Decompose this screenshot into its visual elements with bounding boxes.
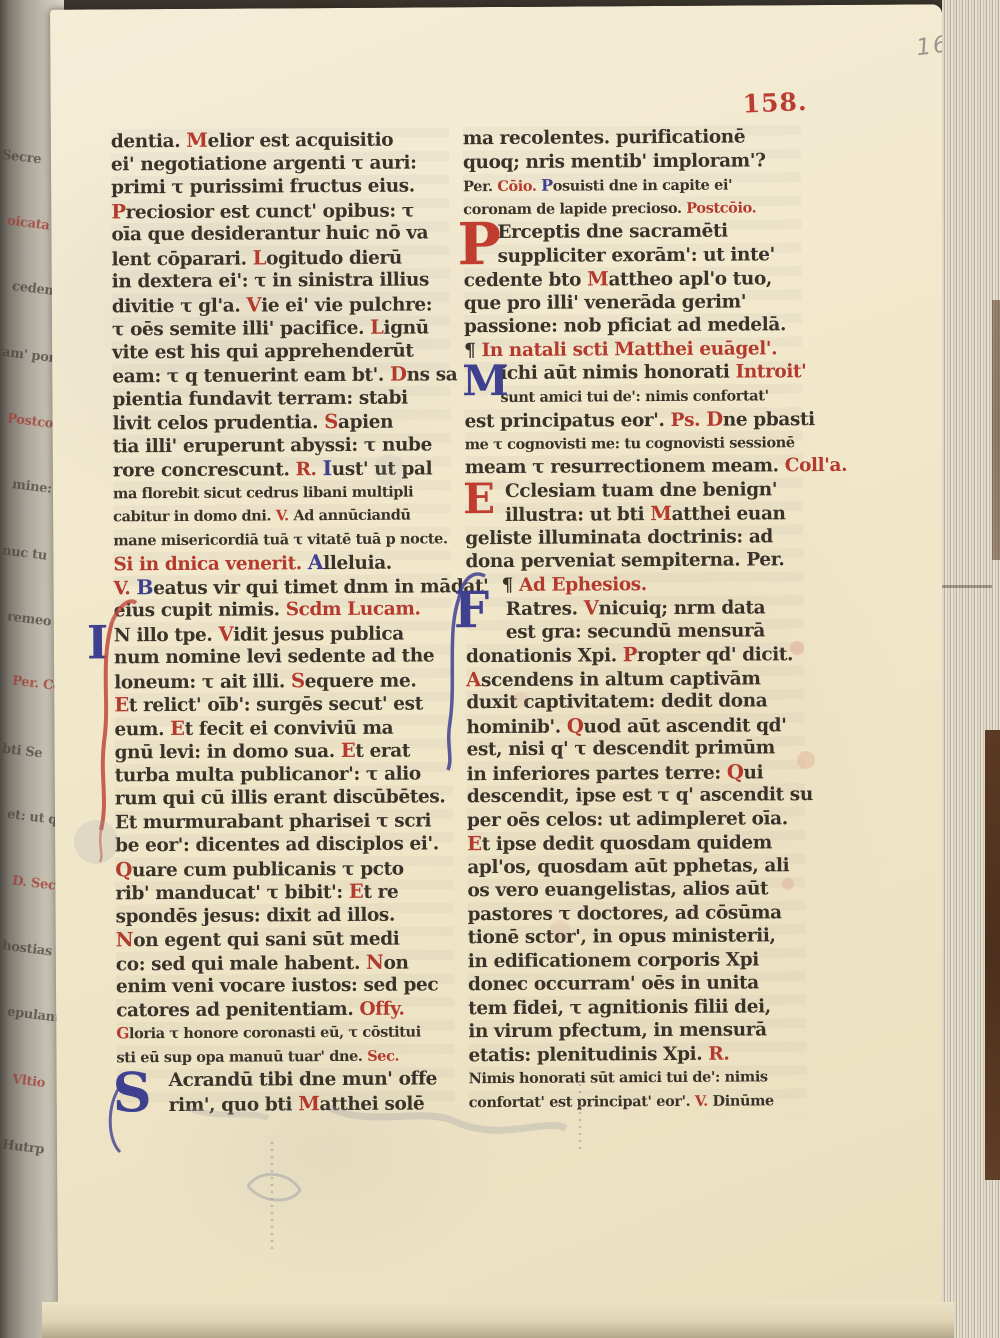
body-text: donationis Xpi.	[466, 645, 623, 667]
body-text: uare cum publicanis τ pcto	[132, 858, 404, 881]
body-text: per oēs celos: ut adimpleret oīa.	[467, 808, 788, 831]
body-text: in inferiores partes terre:	[467, 762, 727, 785]
illuminated-initial: I	[87, 619, 108, 665]
body-text: ui	[743, 762, 763, 783]
rubric-text: N	[366, 950, 384, 973]
body-text: enim veni vocare iustos: sed pec	[116, 974, 438, 997]
body-text: sti eū sup opa manuū tuar' dne.	[116, 1047, 367, 1066]
body-text: oīa que desiderantur huic nō va	[111, 222, 428, 245]
rubric-text: L	[253, 246, 267, 269]
text-line: eum. Et fecit ei conviviū ma	[114, 715, 452, 741]
illuminated-initial: F	[454, 585, 489, 635]
body-text: dona perveniat sempiterna. Per.	[465, 549, 784, 572]
rubric-text: R.	[295, 459, 322, 480]
rubric-text: Si in dnica venerit.	[113, 553, 308, 575]
text-line: tionē sctor', in opus ministerii,	[468, 924, 806, 950]
body-text: Ad annūciandū	[293, 507, 410, 525]
body-text: etatis: plenitudinis Xpi.	[468, 1043, 708, 1065]
text-line: Per. Cōio. Posuisti dne in capite ei'	[463, 172, 801, 198]
body-text: ichi aūt nimis honorati	[500, 362, 735, 384]
body-text: livit celos prudentia.	[113, 412, 325, 434]
rubric-text: M	[186, 129, 207, 152]
rubric-text: V	[584, 596, 599, 619]
body-text: ne pbasti	[723, 409, 815, 431]
body-text: rore concrescunt.	[113, 459, 296, 481]
body-text: Ratres.	[506, 598, 584, 619]
previous-page-text-fragment: Secre	[1, 148, 42, 168]
text-line: ¶ In natali scti Matthei euāgel'.	[464, 337, 802, 363]
body-text: gnū levi: in domo sua.	[115, 741, 341, 763]
rubric-text: M	[298, 1092, 319, 1115]
body-text: pastores τ doctores, ad cōsūma	[468, 902, 782, 925]
body-text: Acrandū tibi dne mun' offe	[169, 1068, 438, 1091]
body-text: Nimis honorati sūt amici tui de': nimis	[469, 1068, 768, 1087]
body-text: idit jesus publica	[233, 623, 404, 645]
text-line: FRatres. Vnicuiq; nrm data	[466, 595, 804, 621]
body-text: ma recolentes. purificationē	[463, 126, 745, 149]
rubric-text: G	[116, 1024, 129, 1042]
text-line: V. Beatus vir qui timet dnm in mādat'	[114, 574, 452, 600]
text-line: est gra: secundū mensurā	[466, 619, 804, 645]
leather-binding-upper	[992, 300, 1000, 560]
body-text: duxit captivitatem: dedit dona	[466, 690, 767, 713]
text-line: Michi aūt nimis honorati Introit'	[464, 360, 802, 386]
illuminated-initial: P	[457, 215, 501, 273]
text-line: PErceptis dne sacramēti	[463, 219, 801, 245]
rubric-text: E	[341, 739, 356, 762]
body-text: reciosior est cunct' opibus: τ	[126, 200, 414, 223]
body-text: elior est acquisitio	[208, 130, 394, 152]
rubric-text: L	[370, 316, 384, 339]
rubric-text: P	[623, 643, 637, 666]
text-line: IN illo tpe. Vidit jesus publica	[114, 621, 452, 647]
rubric-text: Ad Ephesios.	[519, 574, 647, 596]
text-line: livit celos prudentia. Sapien	[112, 409, 450, 435]
body-text: Per.	[463, 178, 497, 195]
rubric-text: S	[324, 410, 338, 433]
body-text: ignū	[383, 317, 428, 338]
body-text: uod aūt ascendit qd'	[583, 715, 786, 737]
text-line: rore concrescunt. R. Iust' ut pal	[113, 456, 451, 482]
text-line: donec occurram' oēs in unita	[468, 971, 806, 997]
rubric-text: Cōio.	[497, 178, 541, 195]
illuminated-initial: M	[462, 360, 508, 402]
rubric-text: Scdm Lucam.	[286, 598, 421, 620]
leather-binding	[985, 730, 1000, 1180]
text-line: Gloria τ honore coronasti eū, τ cōstitui	[116, 1020, 454, 1046]
rubric-text: A	[466, 668, 481, 691]
body-text: t re	[363, 882, 398, 903]
text-line: sunt amici tui de': nimis confortat'	[464, 384, 802, 410]
text-line: illustra: ut bti Matthei euan	[465, 501, 803, 527]
body-text: in dextera ei': τ in sinistra illius	[112, 269, 429, 292]
rubric-text: R.	[708, 1043, 729, 1064]
text-line: pastores τ doctores, ad cōsūma	[468, 901, 806, 927]
body-text: primi τ purissimi fructus eius.	[111, 176, 415, 199]
text-line: geliste illuminata doctrinis: ad	[465, 525, 803, 551]
body-text: on egent qui sani sūt medi	[133, 929, 399, 952]
text-line: co: sed qui male habent. Non	[116, 950, 454, 976]
body-text: atthei solē	[319, 1093, 424, 1115]
text-line: ma recolentes. purificationē	[463, 125, 801, 151]
previous-page-text-fragment: D. Sec	[11, 873, 56, 893]
body-text: dentia.	[111, 131, 187, 152]
text-line: mane misericordiā tuā τ vitatē tuā p noc…	[113, 527, 451, 553]
text-line: Si in dnica venerit. Alleluia.	[113, 550, 451, 576]
body-text: mane misericordiā tuā τ vitatē tuā p noc…	[113, 530, 447, 549]
body-text: meam τ resurrectionem meam.	[465, 455, 785, 478]
rubric-text: V.	[276, 507, 294, 524]
text-line: cabitur in domo dni. V. Ad annūciandū	[113, 503, 451, 529]
body-text: que pro illi' venerāda gerim'	[464, 291, 746, 314]
text-line: in inferiores partes terre: Qui	[467, 760, 805, 786]
text-line: Nimis honorati sūt amici tui de': nimis	[469, 1065, 807, 1091]
text-line: enim veni vocare iustos: sed pec	[116, 973, 454, 999]
body-text: spondēs jesus: dixit ad illos.	[116, 904, 395, 927]
text-line: hominib'. Quod aūt ascendit qd'	[466, 713, 804, 739]
body-text: cabitur in domo dni.	[113, 507, 276, 525]
rubric-text: E	[467, 832, 482, 855]
body-text: t erat	[355, 741, 410, 762]
rubric-text: Coll'a.	[785, 455, 848, 476]
body-text: t fecit ei conviviū ma	[185, 717, 394, 739]
body-text: rum qui cū illis erant discūbētes.	[115, 786, 446, 809]
body-text: apien	[338, 412, 393, 433]
body-text: ogitudo dierū	[266, 247, 402, 269]
body-text: t relict' oīb': surgēs secut' est	[129, 693, 423, 716]
body-text: tia illi' eruperunt abyssi: τ nube	[113, 434, 432, 457]
body-text: in edificationem corporis Xpi	[468, 949, 759, 972]
page-heading-number: 158.	[742, 87, 808, 119]
body-text: tem fidei, τ agnitionis filii dei,	[468, 996, 771, 1019]
rubric-text: E	[114, 693, 129, 716]
body-text: equere me.	[305, 670, 417, 692]
previous-page-text-fragment: Hutrp	[1, 1137, 45, 1157]
body-text: Et murmurabant pharisei τ scri	[115, 810, 431, 833]
previous-page-text-fragment: hostias l	[1, 938, 61, 960]
rubric-text: Sec.	[367, 1047, 399, 1064]
text-line: os vero euangelistas, alios aūt	[467, 877, 805, 903]
rubric-text: Postcōio.	[686, 199, 756, 216]
body-text: lent cōparari.	[112, 248, 253, 270]
body-text: rib' manducat' τ bibit':	[115, 882, 349, 904]
text-line: apl'os, quosdam aūt pphetas, ali	[467, 854, 805, 880]
body-text: suppliciter exorām': ut inte'	[497, 244, 774, 267]
rubric-text: E	[349, 880, 364, 903]
text-line: suppliciter exorām': ut inte'	[463, 243, 801, 269]
text-line: in virum pfectum, in mensurā	[468, 1018, 806, 1044]
text-line: tia illi' eruperunt abyssi: τ nube	[113, 433, 451, 459]
body-text: catores ad penitentiam.	[116, 998, 359, 1020]
text-line: duxit captivitatem: dedit dona	[466, 689, 804, 715]
text-line: divitie τ gl'a. Vie ei' vie pulchre:	[112, 292, 450, 318]
body-text: os vero euangelistas, alios aūt	[467, 878, 768, 901]
rubric-text: P	[111, 200, 125, 223]
body-text: est principatus eor'.	[465, 410, 671, 432]
body-text: eius cupit nimis.	[114, 599, 286, 621]
text-column-left: dentia. Melior est acquisitioei' negotia…	[111, 127, 455, 1116]
body-text: osuisti dne in capite ei'	[553, 177, 732, 195]
body-text: nicuiq; nrm data	[598, 597, 765, 619]
body-text: ust' ut pal	[332, 458, 433, 480]
text-line: Et ipse dedit quosdam quidem	[467, 830, 805, 856]
body-text: τ oēs semite illi' pacifice.	[112, 318, 370, 341]
previous-page-text-fragment: oicata	[6, 213, 50, 233]
body-text: ma florebit sicut cedrus libani multipli	[113, 483, 413, 502]
rubric-text: V	[246, 293, 261, 316]
text-line: per oēs celos: ut adimpleret oīa.	[467, 807, 805, 833]
text-line: num nomine levi sedente ad the	[114, 644, 452, 670]
text-line: rib' manducat' τ bibit': Et re	[115, 879, 453, 905]
text-line: meam τ resurrectionem meam. Coll'a.	[465, 454, 803, 480]
text-line: catores ad penitentiam. Offy.	[116, 997, 454, 1023]
text-line: me τ cognovisti me: tu cognovisti sessio…	[465, 431, 803, 457]
previous-page-text-fragment: am' por	[1, 345, 56, 366]
body-text: descendit, ipse est τ q' ascendit su	[467, 784, 813, 807]
bottom-page-edges	[42, 1302, 954, 1338]
text-line: rum qui cū illis erant discūbētes.	[115, 785, 453, 811]
body-text: passione: nob pficiat ad medelā.	[464, 314, 786, 337]
body-text: est, nisi q' τ descendit primūm	[467, 737, 775, 760]
rubric-text: S	[291, 669, 305, 692]
body-text: tionē sctor', in opus ministerii,	[468, 925, 776, 948]
text-line: τ oēs semite illi' pacifice. Lignū	[112, 315, 450, 341]
body-text: B	[136, 575, 153, 599]
text-line: Quare cum publicanis τ pcto	[115, 856, 453, 882]
text-line: etatis: plenitudinis Xpi. R.	[468, 1042, 806, 1068]
body-text: t ipse dedit quosdam quidem	[482, 832, 772, 855]
text-line: vite est his qui apprehenderūt	[112, 339, 450, 365]
body-text: N illo tpe.	[114, 624, 219, 646]
body-text: num nomine levi sedente ad the	[114, 645, 434, 668]
previous-page-text-fragment: nuc tu	[1, 543, 48, 563]
body-text: atthei euan	[671, 503, 785, 525]
body-text: ie ei' vie pulchre:	[261, 294, 432, 316]
previous-page-text-fragment: remeo	[6, 609, 52, 629]
previous-page-text-fragment: Vltio	[11, 1072, 46, 1091]
body-text: me τ cognovisti me: tu cognovisti sessio…	[465, 434, 795, 453]
text-line: ECclesiam tuam dne benign'	[465, 478, 803, 504]
text-line: est, nisi q' τ descendit primūm	[467, 736, 805, 762]
text-line: Preciosior est cunct' opibus: τ	[111, 198, 449, 224]
body-text: on	[383, 952, 408, 973]
body-text: quoq; nris mentib' imploram'?	[463, 150, 766, 173]
rubric-text: V.	[114, 578, 137, 599]
text-line: primi τ purissimi fructus eius.	[111, 174, 449, 200]
text-line: turba multa publicanor': τ alio	[115, 762, 453, 788]
rubric-text: N	[116, 928, 134, 951]
rubric-text: Q	[727, 760, 744, 783]
text-line: lent cōparari. Logitudo dierū	[111, 245, 449, 271]
body-text: scendens in altum captivām	[481, 668, 761, 691]
text-line: Et murmurabant pharisei τ scri	[115, 809, 453, 835]
text-line: Non egent qui sani sūt medi	[116, 926, 454, 952]
rubric-text: In natali scti Matthei euāgel'.	[481, 338, 777, 361]
text-line: ¶ Ad Ephesios.	[465, 572, 803, 598]
body-text: apl'os, quosdam aūt pphetas, ali	[467, 855, 789, 878]
body-text: eum.	[114, 719, 170, 740]
body-text: turba multa publicanor': τ alio	[115, 763, 421, 786]
body-text: Dinūme	[712, 1092, 773, 1109]
rubric-text: V.	[695, 1092, 713, 1109]
text-line: Et relict' oīb': surgēs secut' est	[114, 691, 452, 717]
text-line: coronam de lapide precioso. Postcōio.	[463, 196, 801, 222]
text-line: descendit, ipse est τ q' ascendit su	[467, 783, 805, 809]
body-text: geliste illuminata doctrinis: ad	[465, 526, 773, 549]
body-text: ns sa	[406, 364, 457, 385]
text-line: in edificationem corporis Xpi	[468, 948, 806, 974]
text-line: donationis Xpi. Propter qd' dicit.	[466, 642, 804, 668]
previous-page-text-fragment: Postco	[6, 411, 54, 432]
text-line: pientia fundavit terram: stabi	[112, 386, 450, 412]
text-line: rim', quo bti Matthei solē	[117, 1091, 455, 1117]
page-edge-crease	[942, 585, 992, 588]
text-line: eius cupit nimis. Scdm Lucam.	[114, 597, 452, 623]
text-line: gnū levi: in domo sua. Et erat	[115, 738, 453, 764]
body-text: divitie τ gl'a.	[112, 295, 247, 317]
rubric-text: Introit'	[736, 361, 807, 382]
text-line: eam: τ q tenuerint eam bt'. Dns sa	[112, 362, 450, 388]
rubric-text: Ps.	[671, 410, 707, 431]
body-text: be eor': dicentes ad disciplos ei'.	[115, 833, 439, 856]
body-text: eatus vir qui timet dnm in mādat'	[153, 576, 488, 599]
body-text: pientia fundavit terram: stabi	[112, 387, 407, 410]
body-text: loria τ honore coronasti eū, τ cōstitui	[129, 1023, 421, 1042]
illuminated-initial: S	[112, 1065, 151, 1119]
body-text: co: sed qui male habent.	[116, 952, 366, 975]
text-line: confortat' est principat' eor'. V. Dinūm…	[469, 1089, 807, 1115]
rubric-text: Offy.	[359, 998, 404, 1019]
text-line: oīa que desiderantur huic nō va	[111, 221, 449, 247]
text-line: SAcrandū tibi dne mun' offe	[117, 1067, 455, 1093]
previous-page-text-fragment: bti Se	[1, 742, 43, 762]
rubric-text: M	[587, 267, 608, 290]
body-text: attheo apl'o tuo,	[608, 268, 772, 290]
illuminated-initial: E	[463, 478, 495, 520]
text-line: tem fidei, τ agnitionis filii dei,	[468, 995, 806, 1021]
body-text: ei' negotiatione argenti τ auri:	[111, 152, 417, 175]
body-text: sunt amici tui de': nimis confortat'	[500, 387, 768, 406]
text-line: spondēs jesus: dixit ad illos.	[116, 903, 454, 929]
body-text: lleluia.	[323, 553, 392, 574]
body-text: vite est his qui apprehenderūt	[112, 340, 414, 363]
manuscript-photo: { "photo": { "folio_number": "163", "pag…	[0, 0, 1000, 1338]
text-column-right: ma recolentes. purificationēquoq; nris m…	[463, 125, 807, 1114]
text-line: que pro illi' venerāda gerim'	[464, 290, 802, 316]
body-text: ¶	[502, 574, 520, 595]
text-line: sti eū sup opa manuū tuar' dne. Sec.	[116, 1044, 454, 1070]
previous-page-text-fragment: et: ut q	[6, 807, 58, 828]
body-text: P	[541, 176, 553, 195]
body-text: donec occurram' oēs in unita	[468, 972, 759, 995]
rubric-text: E	[170, 716, 185, 739]
text-line: be eor': dicentes ad disciplos ei'.	[115, 832, 453, 858]
text-line: in dextera ei': τ in sinistra illius	[112, 268, 450, 294]
rubric-text: Q	[567, 714, 584, 737]
rubric-text: Q	[115, 858, 132, 881]
body-text: confortat' est principat' eor'.	[469, 1092, 695, 1110]
text-line: loneum: τ ait illi. Sequere me.	[114, 668, 452, 694]
text-line: est principatus eor'. Ps. Dne pbasti	[464, 407, 802, 433]
body-text: Cclesiam tuam dne benign'	[505, 479, 777, 502]
body-text: Erceptis dne sacramēti	[497, 221, 727, 243]
rubric-text: D	[390, 363, 407, 386]
body-text: illustra: ut bti	[505, 504, 650, 526]
body-text: in virum pfectum, in mensurā	[468, 1019, 767, 1042]
text-line: quoq; nris mentib' imploram'?	[463, 149, 801, 175]
rubric-text: V	[218, 622, 233, 645]
body-text: hominib'.	[466, 716, 566, 738]
text-line: ei' negotiatione argenti τ auri:	[111, 151, 449, 177]
text-line: dona perveniat sempiterna. Per.	[465, 548, 803, 574]
text-line: passione: nob pficiat ad medelā.	[464, 313, 802, 339]
text-line: ma florebit sicut cedrus libani multipli	[113, 480, 451, 506]
text-line: dentia. Melior est acquisitio	[111, 127, 449, 153]
body-text: ropter qd' dicit.	[637, 644, 793, 666]
body-text: rim', quo bti	[169, 1094, 299, 1116]
body-text: loneum: τ ait illi.	[114, 671, 291, 693]
body-text: A	[308, 550, 324, 574]
rubric-text: M	[650, 502, 671, 525]
body-text: est gra: secundū mensurā	[506, 620, 765, 643]
body-text: I	[323, 456, 332, 480]
text-line: Ascendens in altum captivām	[466, 666, 804, 692]
text-line: cedente bto Mattheo apl'o tuo,	[464, 266, 802, 292]
rubric-text: D	[706, 408, 723, 431]
manuscript-page: 163 158. dentia. Melior est acquisitioei…	[50, 4, 950, 1307]
body-text: eam: τ q tenuerint eam bt'.	[112, 365, 390, 388]
